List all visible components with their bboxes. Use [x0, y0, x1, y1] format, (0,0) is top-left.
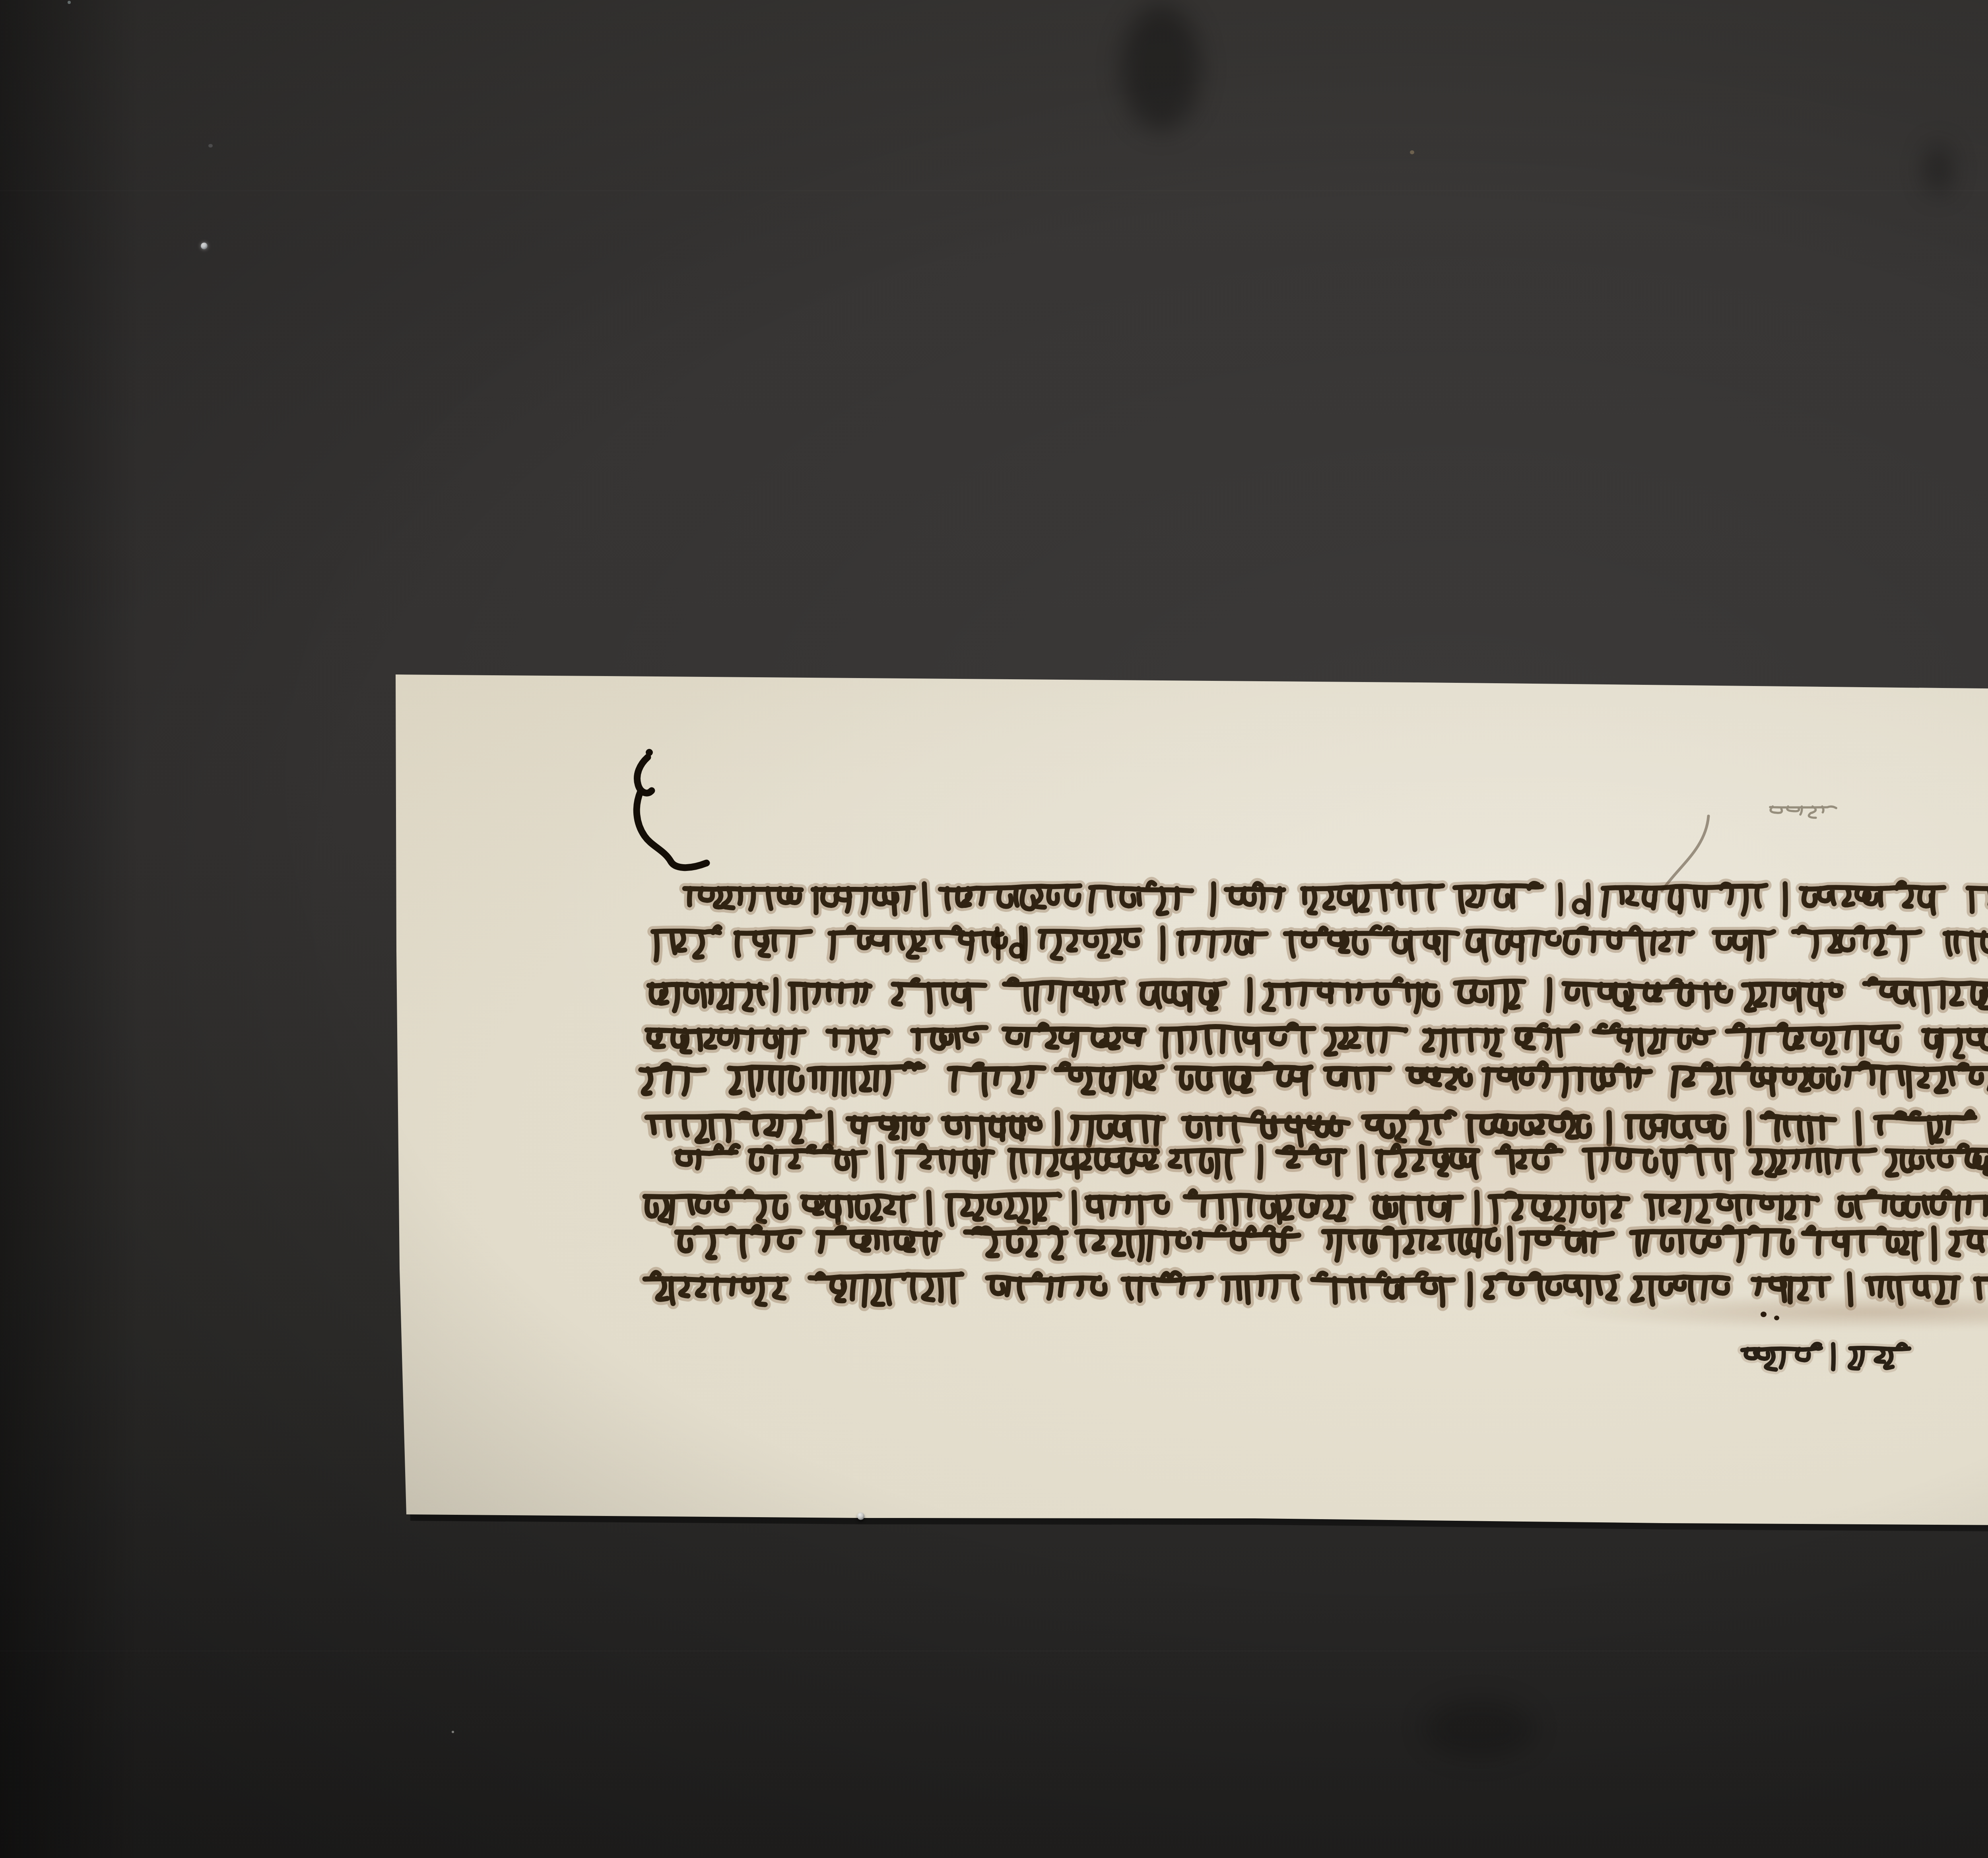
folio-annotation: ২৭০ ৮ [1769, 800, 1840, 826]
dust-speck [68, 1, 71, 4]
manuscript-page: ২৭০ ৮ ভৃশং রুদনঃ করুণাস্বরাগিরঃ প্রগৃহ্য… [392, 672, 1988, 1531]
push-pin-icon [857, 1512, 864, 1520]
debris-speck [1410, 150, 1414, 154]
margin-flourish-mark [606, 744, 734, 879]
colophon-mark: ২ অশষং:৩ [1741, 1341, 1912, 1374]
board-smudge [1924, 143, 1952, 195]
manuscript-line: মংহতভুজযা । তদেব মহনা মুত্র মার্তু মহাযা… [644, 1268, 1988, 1310]
ink-dot [1761, 1312, 1767, 1317]
ink-dot [1774, 1316, 1779, 1320]
push-pin-icon [201, 243, 208, 249]
board-seam [0, 190, 1988, 191]
dust-speck [208, 144, 213, 148]
manuscript-line: ভৃশং রুদনঃ করুণাস্বরাগিরঃ প্রগৃহ্য বাহূ … [684, 878, 1988, 919]
manuscript-line: তস্য যস্য জীবিতমীদৃশং । যত্তুশুদ্ধ মৃতাব… [644, 1187, 1988, 1228]
dust-speck [452, 1731, 454, 1733]
board-smudge [1423, 1698, 1535, 1758]
manuscript-line: নরাধিপ । জীবিতং মম তাথস্থা মবস্থাযাং বিগ… [676, 1141, 1988, 1182]
manuscript-line: দেবোপ মনমাস্তুন্তু শুদ্ধভাব মহীপতে । সমন… [676, 1222, 1988, 1264]
manuscript-line: দ্বিবিধেনাপি দুঃখেন কৌশল্যা ভৃশদুঃখিতা ।… [648, 974, 1988, 1015]
board-seam [0, 1650, 1988, 1652]
board-smudge [1121, 4, 1201, 131]
manuscript-line: শুদ্ধ সত্ত্বশ মানদা । যস্ত্বং প্রাণান পর… [646, 1020, 1988, 1061]
manuscript-line: ণ হরণাবাধির্ম্মা মনার্থাং ন বাধত । মন মন… [640, 1059, 1988, 1100]
photo-scene: ২৭০ ৮ ভৃশং রুদনঃ করুণাস্বরাগিরঃ প্রগৃহ্য… [0, 0, 1988, 1858]
manuscript-line: দনং নাম ঘটষষ্টিতমঃ ॥০॥ তমগ্নিমিব সংশান্ত… [652, 922, 1988, 964]
